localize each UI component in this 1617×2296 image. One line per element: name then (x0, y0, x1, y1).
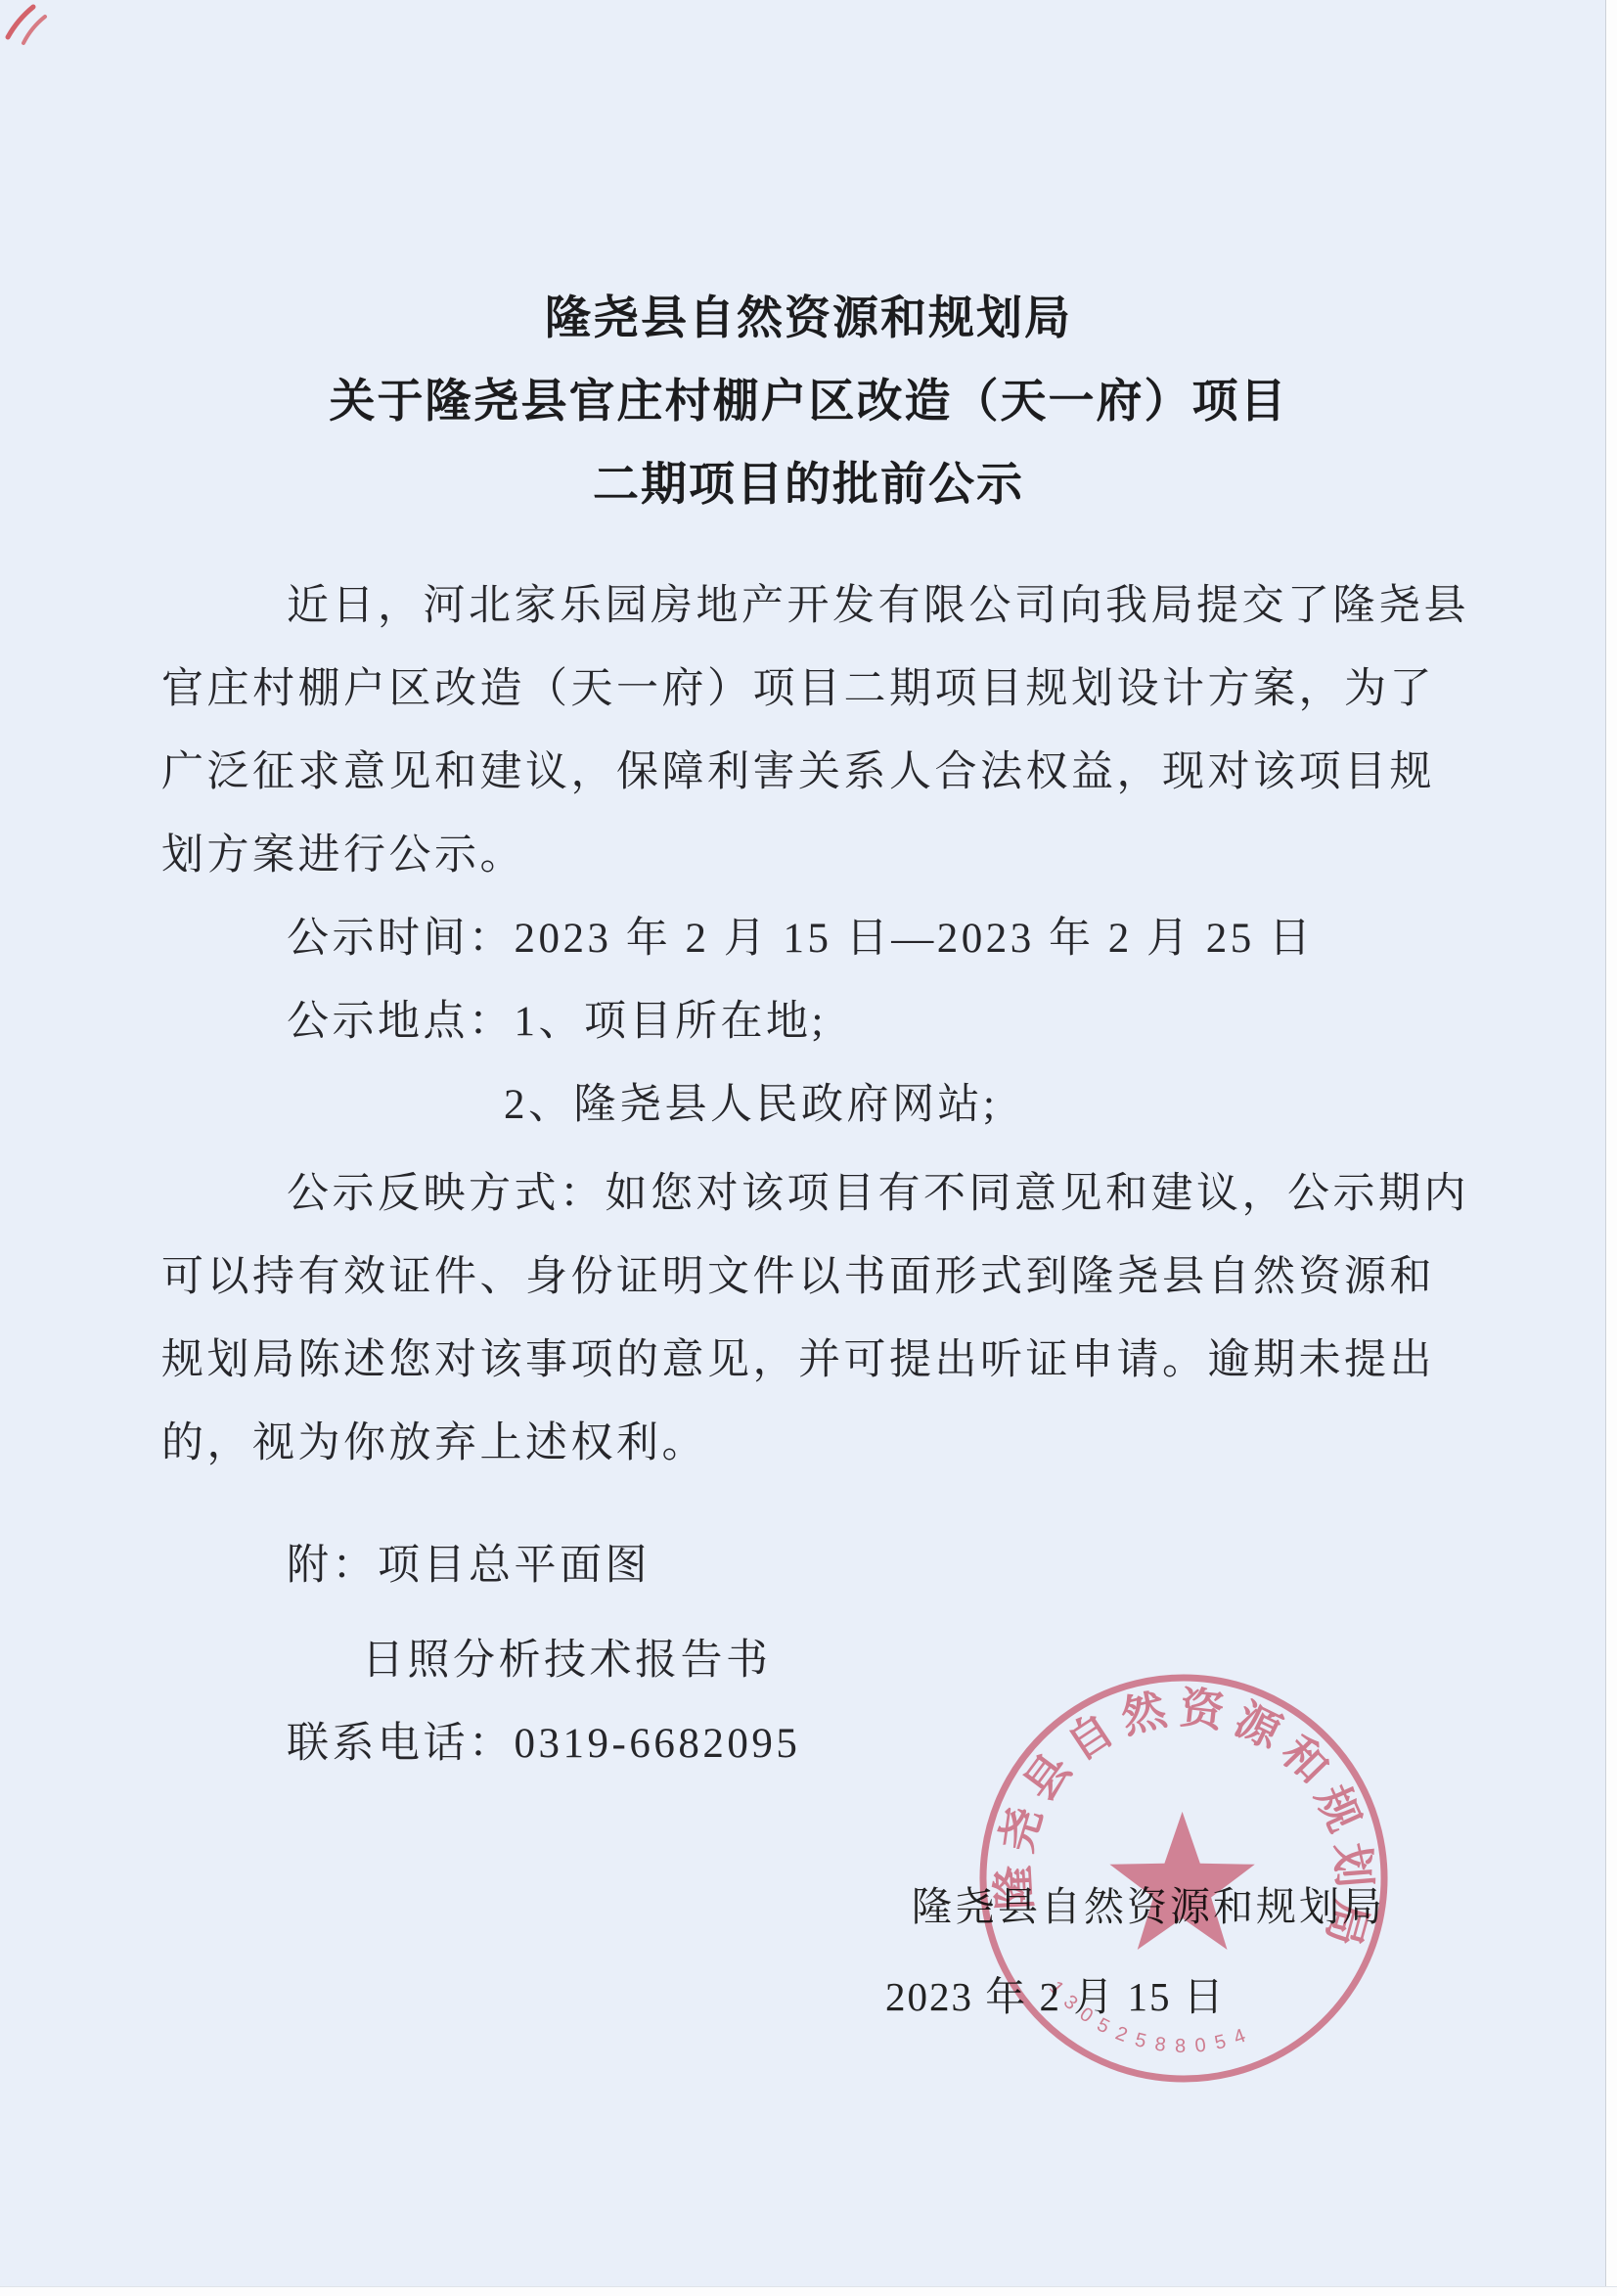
body-line: 可以持有效证件、身份证明文件以书面形式到隆尧县自然资源和 (161, 1236, 1470, 1319)
seal-number: 13052588054 (1038, 1975, 1259, 2068)
scan-edge-right (1605, 0, 1617, 2296)
body-line: 的，视为你放弃上述权利。 (161, 1402, 1470, 1485)
body-line-attachment: 附：项目总平面图 (161, 1524, 1470, 1607)
body-line: 官庄村棚户区改造（天一府）项目二期项目规划设计方案，为了 (161, 648, 1470, 731)
body-line-publicity-time: 公示时间：2023 年 2 月 15 日—2023 年 2 月 25 日 (161, 897, 1470, 980)
document-page: 隆尧县自然资源和规划局 关于隆尧县官庄村棚户区改造（天一府）项目 二期项目的批前… (0, 0, 1617, 2296)
official-seal: 隆尧县自然资源和规划局 13052588054 (954, 1648, 1414, 2108)
document-title: 隆尧县自然资源和规划局 关于隆尧县官庄村棚户区改造（天一府）项目 二期项目的批前… (0, 0, 1617, 525)
body-line-publicity-place: 公示地点：1、项目所在地; (161, 980, 1470, 1063)
title-line-2: 关于隆尧县官庄村棚户区改造（天一府）项目 (0, 359, 1617, 442)
scan-edge-bottom (0, 2286, 1617, 2296)
red-pen-corner-mark (2, 2, 65, 53)
seal-star-icon (1109, 1812, 1254, 1950)
body-line: 近日，河北家乐园房地产开发有限公司向我局提交了隆尧县 (161, 564, 1470, 648)
title-line-3: 二期项目的批前公示 (0, 442, 1617, 525)
body-line-feedback: 公示反映方式：如您对该项目有不同意见和建议，公示期内 (161, 1152, 1470, 1236)
body-line: 规划局陈述您对该事项的意见，并可提出听证申请。逾期未提出 (161, 1319, 1470, 1402)
body-line-publicity-place-2: 2、隆尧县人民政府网站; (161, 1063, 1470, 1147)
body-line: 划方案进行公示。 (161, 814, 1470, 897)
title-line-1: 隆尧县自然资源和规划局 (0, 276, 1617, 359)
body-line: 广泛征求意见和建议，保障利害关系人合法权益，现对该项目规 (161, 731, 1470, 814)
body-text: 近日，河北家乐园房地产开发有限公司向我局提交了隆尧县 官庄村棚户区改造（天一府）… (0, 564, 1617, 1785)
